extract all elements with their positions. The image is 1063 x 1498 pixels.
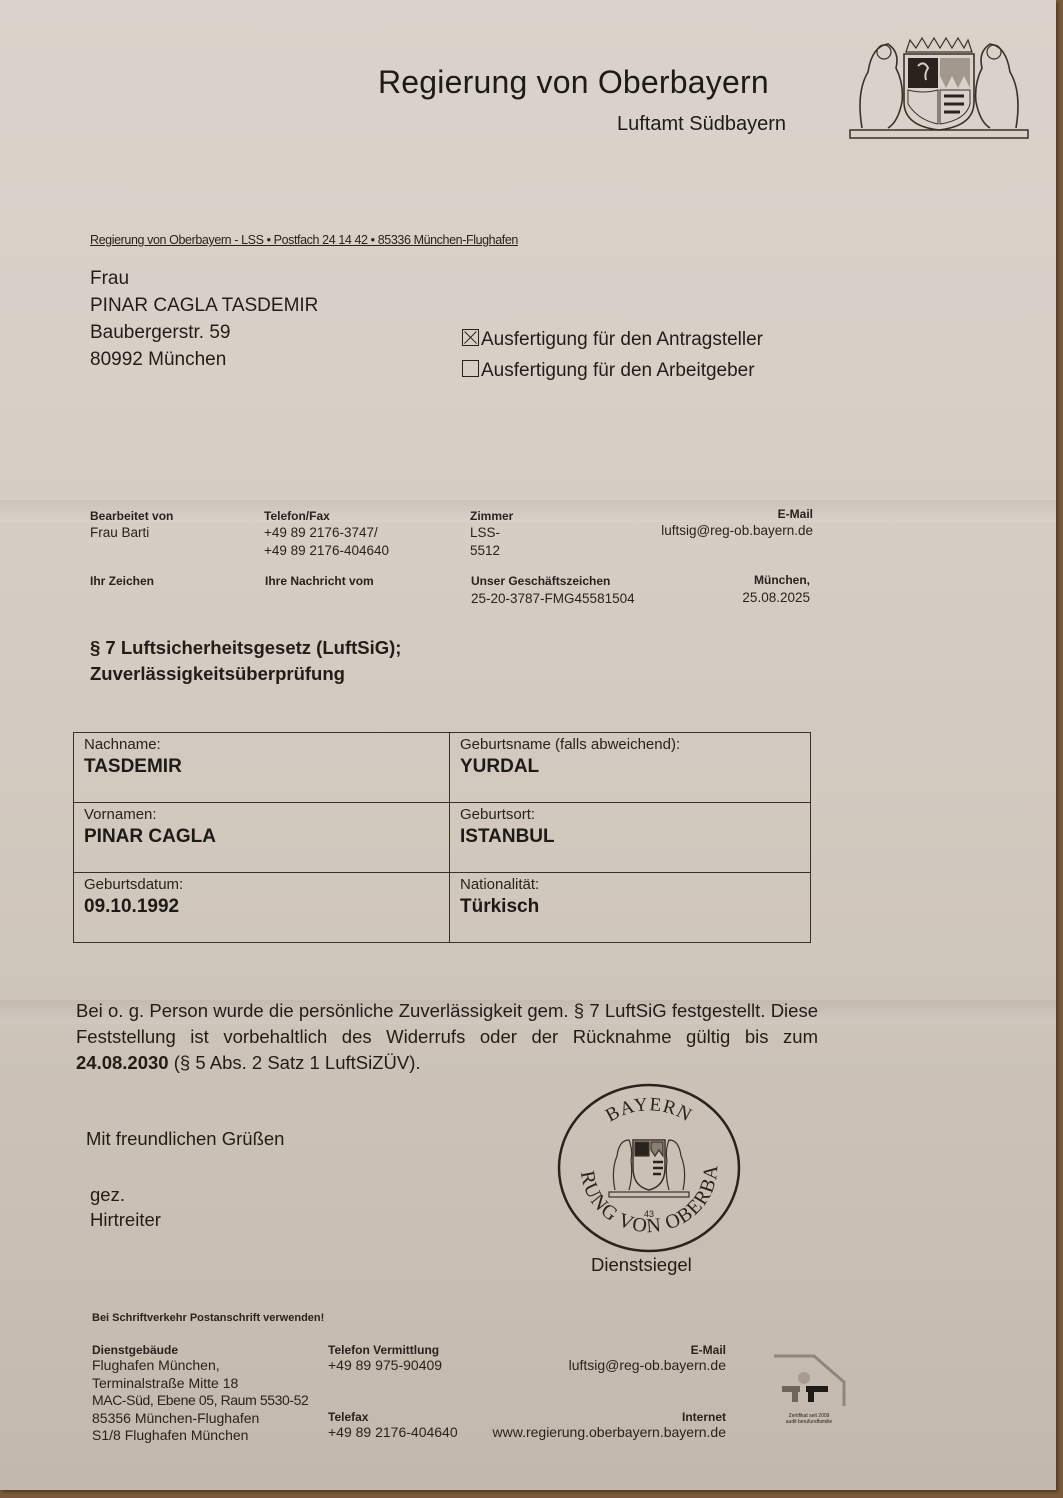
subject-line-2: Zuverlässigkeitsüberprüfung	[90, 661, 401, 687]
svg-text:BAYERN: BAYERN	[602, 1094, 696, 1126]
official-seal-icon: BAYERN REGIERUNG VON OBERBAYERN 43	[556, 1082, 742, 1254]
birthplace-cell: Geburtsort: ISTANBUL	[450, 803, 811, 873]
seal-number: 43	[644, 1209, 654, 1219]
valid-until-date: 24.08.2030	[76, 1052, 169, 1073]
letter-date: 25.08.2025	[742, 589, 810, 607]
birth-name: YURDAL	[460, 756, 800, 778]
recipient-name: PINAR CAGLA TASDEMIR	[90, 292, 318, 319]
surname: TASDEMIR	[84, 756, 439, 778]
signature-block: gez. Hirtreiter	[90, 1182, 161, 1232]
audit-certificate-logo: Zertifikat seit 2009 audit berufundfamil…	[770, 1352, 848, 1422]
email-link[interactable]: luftsig@reg-ob.bayern.de	[661, 522, 813, 540]
surname-cell: Nachname: TASDEMIR	[74, 733, 450, 803]
fax-number: +49 89 2176-404640	[328, 1424, 458, 1442]
first-names-cell: Vornamen: PINAR CAGLA	[74, 803, 450, 873]
signer-name: Hirtreiter	[90, 1207, 161, 1232]
signed-marker: gez.	[90, 1182, 161, 1207]
footer-internet: Internet www.regierung.oberbayern.bayern…	[493, 1410, 726, 1442]
your-ref-label: Ihr Zeichen	[90, 574, 154, 588]
switchboard-label: Telefon Vermittlung	[328, 1343, 442, 1357]
footer-building: Dienstgebäude Flughafen München, Termina…	[92, 1343, 308, 1445]
table-row: Vornamen: PINAR CAGLA Geburtsort: ISTANB…	[74, 803, 811, 873]
copy-designation: Ausfertigung für den Antragsteller Ausfe…	[462, 324, 763, 386]
building-label: Dienstgebäude	[92, 1343, 308, 1357]
letter-page: Regierung von Oberbayern Luftamt Südbaye…	[0, 0, 1056, 1490]
phone-fax: +49 89 2176-3747/ +49 89 2176-404640	[264, 524, 389, 560]
coat-of-arms-icon	[848, 32, 1030, 140]
postal-note: Bei Schriftverkehr Postanschrift verwend…	[92, 1312, 324, 1324]
seal-top-text: BAYERN	[602, 1094, 696, 1126]
birth-name-cell: Geburtsname (falls abweichend): YURDAL	[450, 733, 811, 803]
your-message-label: Ihre Nachricht vom	[265, 574, 374, 588]
copy-option-applicant: Ausfertigung für den Antragsteller	[462, 324, 763, 355]
return-address: Regierung von Oberbayern - LSS • Postfac…	[90, 233, 518, 247]
subject: § 7 Luftsicherheitsgesetz (LuftSiG); Zuv…	[90, 635, 401, 687]
subject-line-1: § 7 Luftsicherheitsgesetz (LuftSiG);	[90, 635, 401, 661]
footer-email: E-Mail luftsig@reg-ob.bayern.de	[569, 1343, 726, 1375]
table-row: Geburtsdatum: 09.10.1992 Nationalität: T…	[74, 873, 811, 943]
checkbox-checked-icon	[462, 329, 479, 346]
cert-text: Zertifikat seit 2009 audit berufundfamil…	[770, 1413, 848, 1425]
authority-title: Regierung von Oberbayern	[378, 64, 769, 101]
email-label: E-Mail	[778, 507, 813, 521]
room-label: Zimmer	[470, 509, 513, 523]
footer-email-label: E-Mail	[569, 1343, 726, 1357]
processed-by: Frau Barti	[90, 524, 149, 542]
internet-label: Internet	[493, 1410, 726, 1424]
place-label: München,	[754, 573, 810, 587]
table-row: Nachname: TASDEMIR Geburtsname (falls ab…	[74, 733, 811, 803]
recipient-city: 80992 München	[90, 346, 318, 373]
footer-fax: Telefax +49 89 2176-404640	[328, 1410, 458, 1442]
internet-link[interactable]: www.regierung.oberbayern.bayern.de	[493, 1424, 726, 1442]
closing-greeting: Mit freundlichen Grüßen	[86, 1128, 284, 1150]
switchboard-number: +49 89 975-90409	[328, 1357, 442, 1375]
our-ref-label: Unser Geschäftszeichen	[471, 574, 610, 588]
our-ref: 25-20-3787-FMG45581504	[471, 590, 635, 608]
seal-caption: Dienstsiegel	[591, 1254, 692, 1276]
processed-by-label: Bearbeitet von	[90, 509, 173, 523]
birthdate: 09.10.1992	[84, 896, 439, 918]
first-names: PINAR CAGLA	[84, 826, 439, 848]
birthplace: ISTANBUL	[460, 826, 800, 848]
footer-email-link[interactable]: luftsig@reg-ob.bayern.de	[569, 1357, 726, 1375]
recipient-address: Frau PINAR CAGLA TASDEMIR Baubergerstr. …	[90, 265, 318, 373]
nationality-cell: Nationalität: Türkisch	[450, 873, 811, 943]
department-subtitle: Luftamt Südbayern	[617, 113, 786, 136]
phone-fax-label: Telefon/Fax	[264, 509, 330, 523]
fax-label: Telefax	[328, 1410, 458, 1424]
decision-text: Bei o. g. Person wurde die persönliche Z…	[76, 998, 818, 1076]
room: LSS- 5512	[470, 524, 500, 560]
recipient-salutation: Frau	[90, 265, 318, 292]
recipient-street: Baubergerstr. 59	[90, 319, 318, 346]
nationality: Türkisch	[460, 896, 800, 918]
copy-option-employer: Ausfertigung für den Arbeitgeber	[462, 355, 763, 386]
person-details-table: Nachname: TASDEMIR Geburtsname (falls ab…	[73, 732, 811, 943]
footer-phone: Telefon Vermittlung +49 89 975-90409	[328, 1343, 442, 1375]
berufundfamilie-logo-icon	[770, 1352, 848, 1408]
checkbox-empty-icon	[462, 360, 479, 377]
birthdate-cell: Geburtsdatum: 09.10.1992	[74, 873, 450, 943]
